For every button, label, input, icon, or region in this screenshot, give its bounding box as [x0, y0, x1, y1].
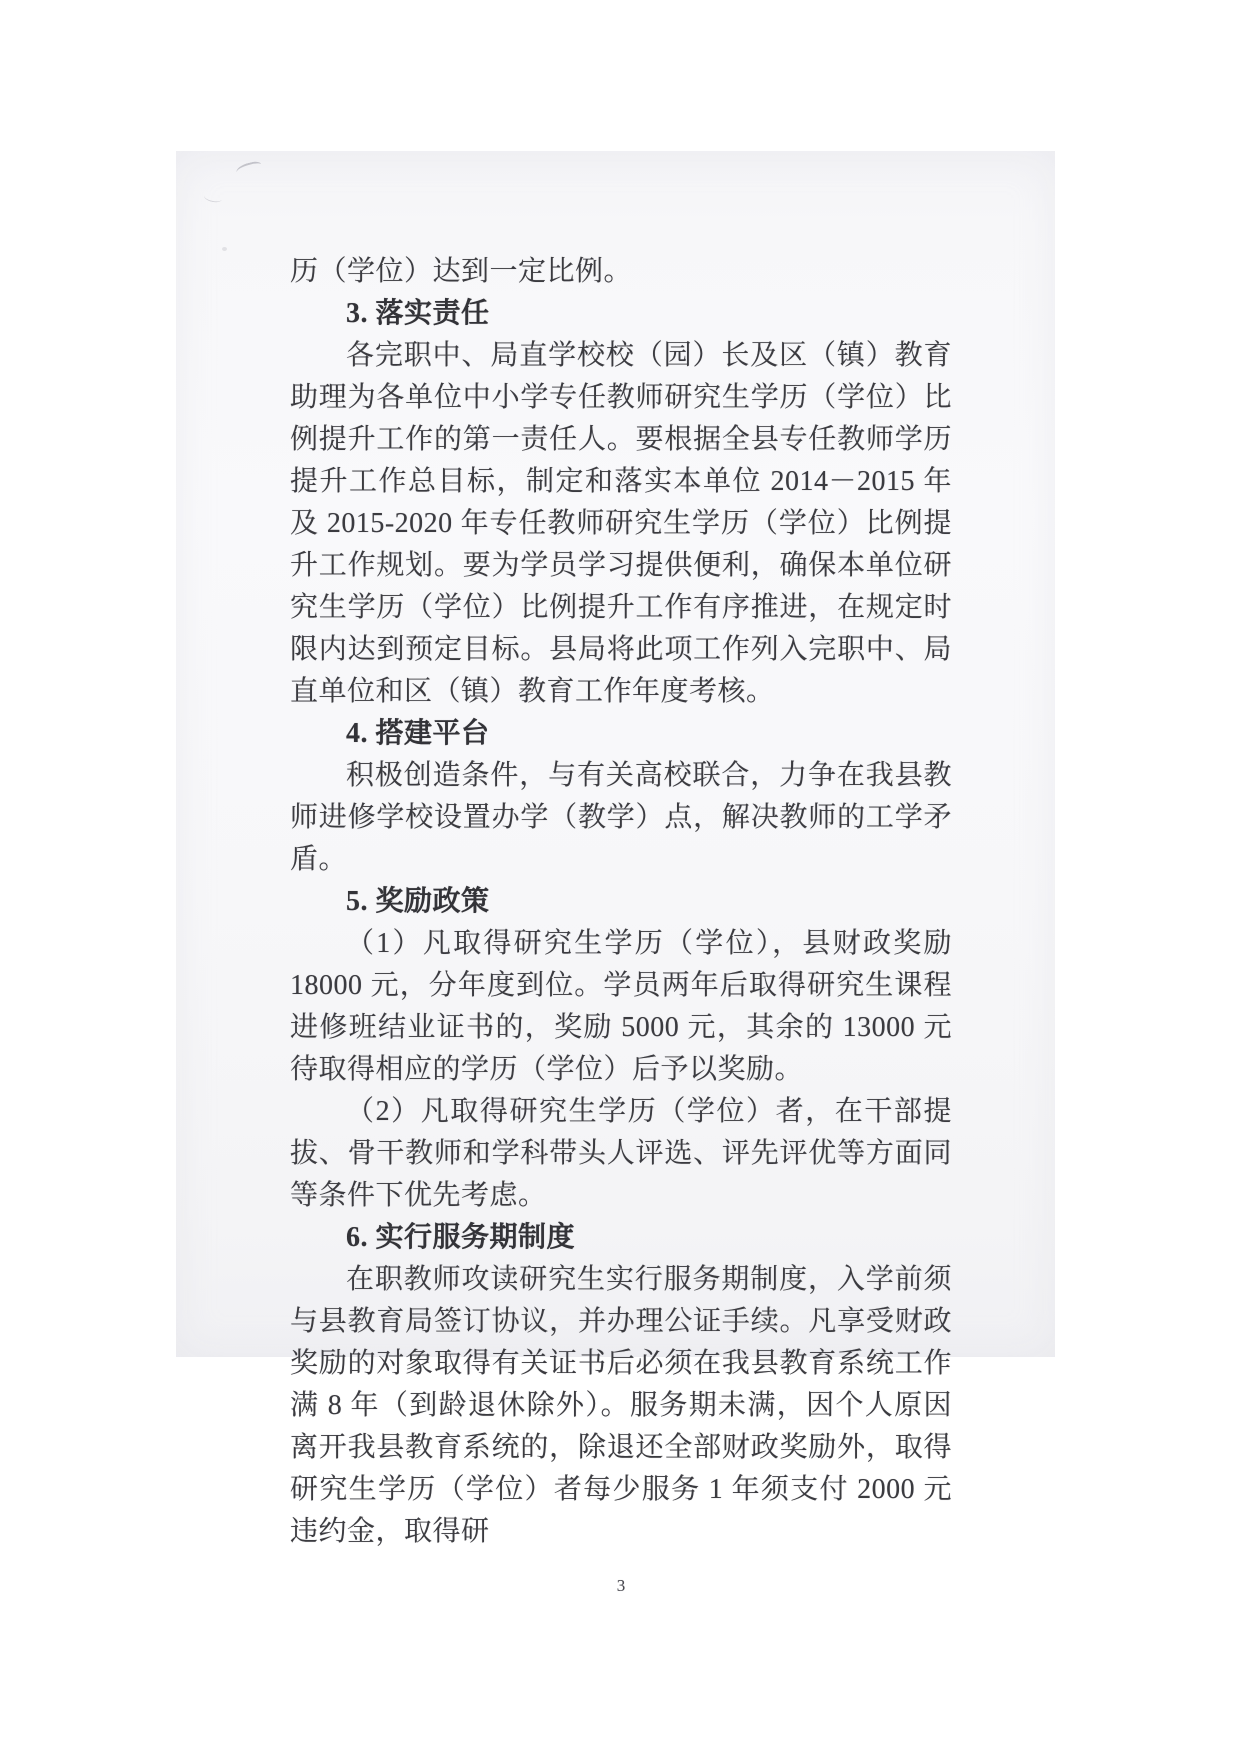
paragraph: 在职教师攻读研究生实行服务期制度，入学前须与县教育局签订协议，并办理公证手续。凡… [290, 1259, 952, 1553]
section-heading: 6. 实行服务期制度 [290, 1217, 952, 1259]
paragraph: 历（学位）达到一定比例。 [290, 251, 952, 293]
paragraphs: 历（学位）达到一定比例。3. 落实责任各完职中、局直学校校（园）长及区（镇）教育… [290, 251, 952, 1553]
document-body: 历（学位）达到一定比例。3. 落实责任各完职中、局直学校校（园）长及区（镇）教育… [290, 251, 952, 1597]
scan-smudge-icon [203, 191, 222, 204]
section-heading: 3. 落实责任 [290, 293, 952, 335]
paragraph: （1）凡取得研究生学历（学位），县财政奖励 18000 元，分年度到位。学员两年… [290, 923, 952, 1091]
paragraph: （2）凡取得研究生学历（学位）者，在干部提拔、骨干教师和学科带头人评选、评先评优… [290, 1091, 952, 1217]
paragraph: 积极创造条件，与有关高校联合，力争在我县教师进修学校设置办学（教学）点，解决教师… [290, 755, 952, 881]
page-number: 3 [290, 1575, 952, 1597]
scan-smudge-icon [235, 160, 263, 178]
scan-smudge-icon [222, 247, 227, 251]
section-heading: 4. 搭建平台 [290, 713, 952, 755]
paragraph: 各完职中、局直学校校（园）长及区（镇）教育助理为各单位中小学专任教师研究生学历（… [290, 335, 952, 713]
scanned-page: 历（学位）达到一定比例。3. 落实责任各完职中、局直学校校（园）长及区（镇）教育… [176, 151, 1055, 1357]
section-heading: 5. 奖励政策 [290, 881, 952, 923]
